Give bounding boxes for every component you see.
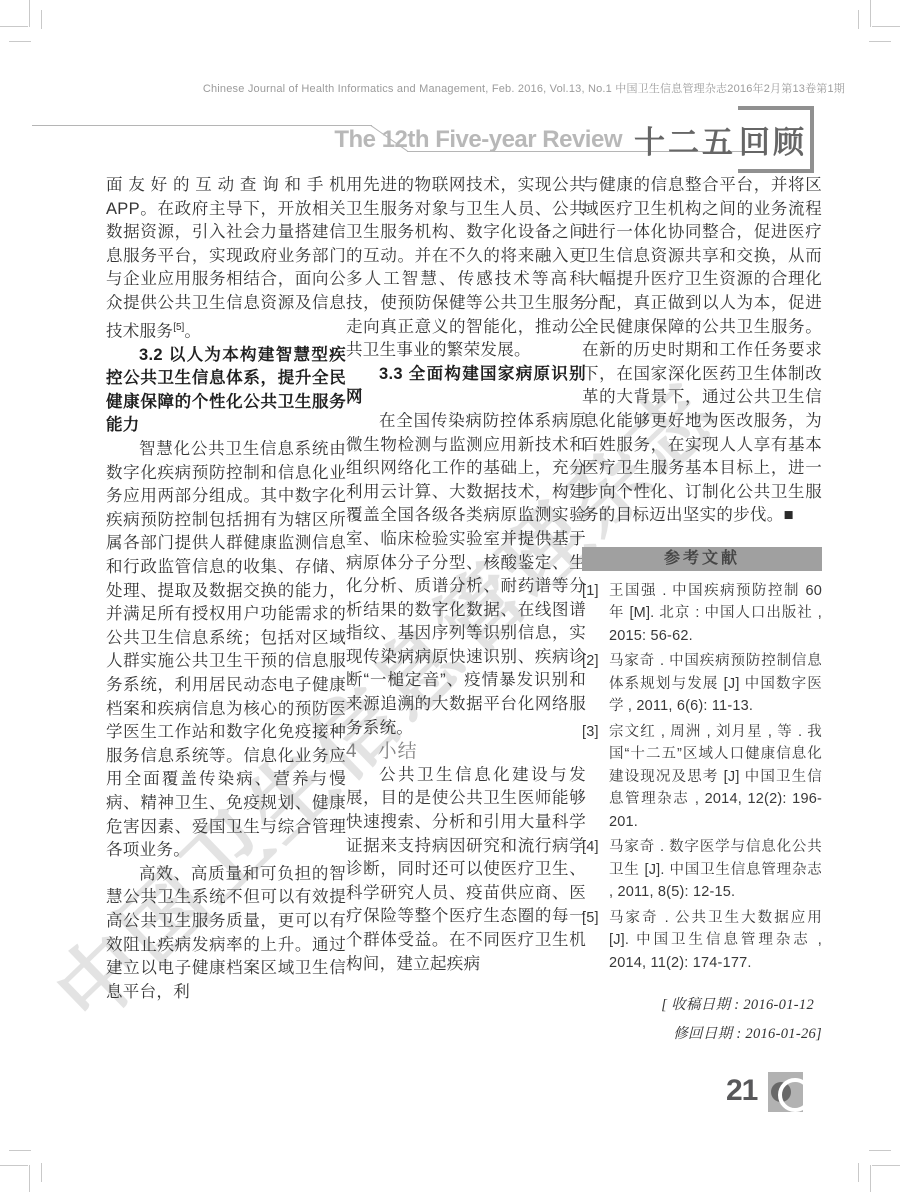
page-number: 21 — [726, 1074, 757, 1108]
continued-paragraph: 面友好的互动查询和手机 APP。在政府主导下，开放相关数据资源，引入社会力量搭建… — [106, 174, 346, 344]
journal-info-line: Chinese Journal of Health Informatics an… — [203, 80, 845, 96]
column-1: 面友好的互动查询和手机 APP。在政府主导下，开放相关数据资源，引入社会力量搭建… — [106, 174, 346, 1004]
manuscript-dates: [ 收稿日期 : 2016-01-12 修回日期 : 2016-01-26] — [582, 991, 822, 1049]
banner-chinese-plain: 十二五 — [634, 117, 736, 162]
crop-mark — [870, 0, 871, 27]
section-heading-3-2: 3.2 以人为本构建智慧型疾控公共卫生信息体系，提升全民健康保障的个性化公共卫生… — [106, 344, 346, 438]
journal-logo — [768, 1072, 803, 1112]
column-2: 用先进的物联网技术，实现公共卫生服务对象与卫生人员、公共卫生服务机构、数字化设备… — [346, 174, 586, 976]
column-3: 与健康的信息整合平台，并将区域医疗卫生机构之间的业务流程进行一体化协同整合，促进… — [582, 174, 822, 1049]
reference-number: [1] — [582, 580, 599, 603]
reference-item-4: [4] 马家奇 . 数字医学与信息化公共卫生 [J]. 中国卫生信息管理杂志 ,… — [582, 836, 822, 904]
reference-item-5: [5] 马家奇 . 公共卫生大数据应用 [J]. 中国卫生信息管理杂志 , 20… — [582, 907, 822, 975]
banner-chinese-boxed: 回顾 — [738, 106, 814, 173]
crop-mark — [9, 41, 31, 42]
section-heading-3-3: 3.3 全面构建国家病原识别网 — [346, 363, 586, 410]
banner-chinese-title: 十二五回顾 — [634, 106, 814, 173]
reference-item-1: [1] 王国强 . 中国疾病预防控制 60 年 [M]. 北京 : 中国人口出版… — [582, 580, 822, 648]
reference-text: 马家奇 . 公共卫生大数据应用 [J]. 中国卫生信息管理杂志 , 2014, … — [609, 910, 822, 971]
body-paragraph: 高效、高质量和可负担的智慧公共卫生系统不但可以有效提高公共卫生服务质量，更可以有… — [106, 863, 346, 1005]
header-rule-left — [32, 125, 372, 126]
crop-mark — [869, 41, 891, 42]
reference-text: 王国强 . 中国疾病预防控制 60 年 [M]. 北京 : 中国人口出版社 , … — [609, 583, 822, 644]
section-heading-4: 4 小结 — [346, 740, 586, 764]
end-of-article-mark: ■ — [784, 506, 794, 524]
crop-mark — [9, 1150, 31, 1151]
crop-mark — [41, 1163, 42, 1182]
continued-paragraph: 与健康的信息整合平台，并将区域医疗卫生机构之间的业务流程进行一体化协同整合，促进… — [582, 174, 822, 528]
crop-mark — [870, 1165, 871, 1192]
reference-text: 宗文红 , 周洲 , 刘月星 , 等 . 我国“十二五”区域人口健康信息化建设现… — [609, 724, 822, 830]
citation-mark: [5] — [173, 322, 184, 333]
crop-mark — [41, 10, 42, 29]
crop-mark — [29, 1165, 30, 1192]
crop-mark — [0, 1165, 28, 1166]
revised-date: 修回日期 : 2016-01-26] — [582, 1020, 822, 1049]
reference-number: [3] — [582, 721, 599, 744]
crop-mark — [869, 1150, 891, 1151]
reference-number: [2] — [582, 650, 599, 673]
section-banner: The 12th Five-year Review 十二五回顾 — [334, 106, 814, 173]
reference-number: [4] — [582, 836, 599, 859]
crop-mark — [0, 26, 28, 27]
reference-text: 马家奇 . 中国疾病预防控制信息体系规划与发展 [J] 中国数字医学 , 201… — [609, 653, 822, 714]
received-date: [ 收稿日期 : 2016-01-12 — [582, 991, 822, 1020]
continued-paragraph: 用先进的物联网技术，实现公共卫生服务对象与卫生人员、公共卫生服务机构、数字化设备… — [346, 174, 586, 363]
body-paragraph: 在全国传染病防控体系病原微生物检测与监测应用新技术和组织网络化工作的基础上，充分… — [346, 410, 586, 740]
journal-page: Chinese Journal of Health Informatics an… — [0, 0, 900, 1192]
reference-item-3: [3] 宗文红 , 周洲 , 刘月星 , 等 . 我国“十二五”区域人口健康信息… — [582, 721, 822, 834]
reference-text: 马家奇 . 数字医学与信息化公共卫生 [J]. 中国卫生信息管理杂志 , 201… — [609, 839, 822, 900]
crop-mark — [872, 1165, 900, 1166]
crop-mark — [858, 1163, 859, 1182]
reference-item-2: [2] 马家奇 . 中国疾病预防控制信息体系规划与发展 [J] 中国数字医学 ,… — [582, 650, 822, 718]
crop-mark — [29, 0, 30, 27]
crop-mark — [858, 10, 859, 29]
body-paragraph: 公共卫生信息化建设与发展，目的是使公共卫生医师能够快速搜索、分析和引用大量科学证… — [346, 764, 586, 976]
banner-english-title: The 12th Five-year Review — [334, 126, 622, 154]
crop-mark — [872, 26, 900, 27]
body-paragraph: 智慧化公共卫生信息系统由数字化疾病预防控制和信息化业务应用两部分组成。其中数字化… — [106, 438, 346, 863]
logo-crescent-icon — [778, 1078, 803, 1112]
references-title-bar: 参考文献 — [582, 547, 822, 571]
reference-number: [5] — [582, 907, 599, 930]
